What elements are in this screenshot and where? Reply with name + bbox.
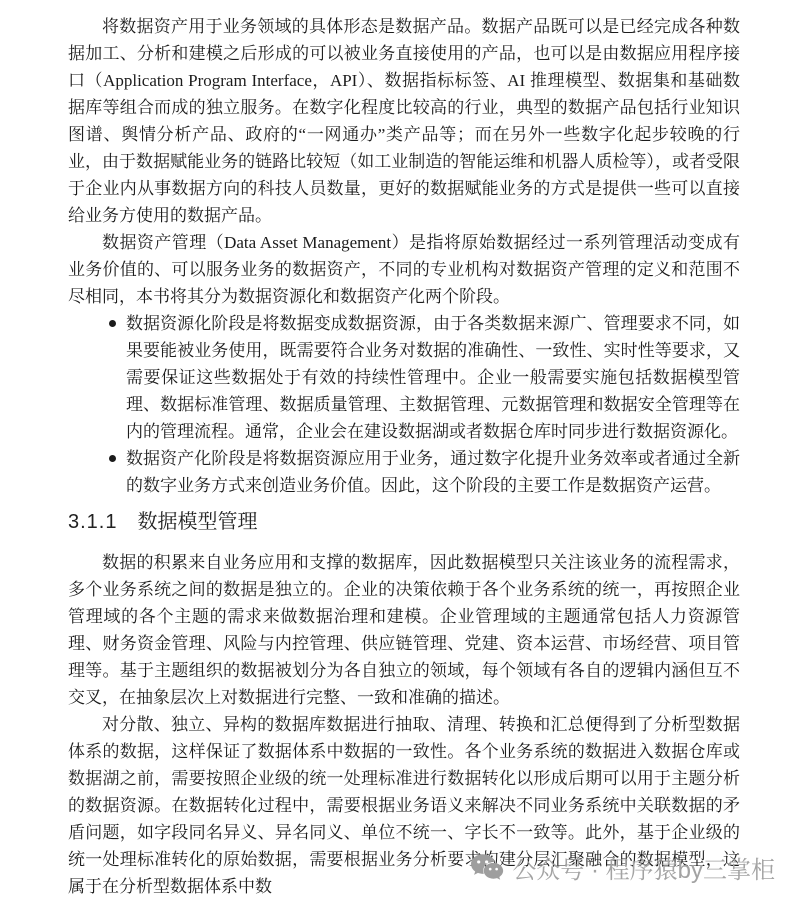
footer-watermark: 公众号 · 程序猿by三掌柜 — [470, 850, 775, 885]
paragraph-data-asset-management: 数据资产管理（Data Asset Management）是指将原始数据经过一系… — [68, 229, 740, 310]
section-number: 3.1.1 — [68, 511, 117, 533]
bullet-list: 数据资源化阶段是将数据变成数据资源，由于各类数据来源广、管理要求不同，如果要能被… — [68, 310, 740, 499]
list-item: 数据资产化阶段是将数据资源应用于业务，通过数字化提升业务效率或者通过全新的数字业… — [126, 445, 740, 499]
paragraph-data-accumulation: 数据的积累来自业务应用和支撑的数据库，因此数据模型只关注该业务的流程需求，多个业… — [68, 549, 740, 711]
section-title: 数据模型管理 — [137, 511, 257, 533]
list-item: 数据资源化阶段是将数据变成数据资源，由于各类数据来源广、管理要求不同，如果要能被… — [126, 310, 740, 445]
wechat-icon — [470, 853, 504, 882]
section-heading: 3.1.1数据模型管理 — [68, 508, 740, 536]
paragraph-data-products: 将数据资产用于业务领域的具体形态是数据产品。数据产品既可以是已经完成各种数据加工… — [68, 13, 740, 229]
footer-text: 公众号 · 程序猿by三掌柜 — [512, 850, 775, 885]
document-page: 将数据资产用于业务领域的具体形态是数据产品。数据产品既可以是已经完成各种数据加工… — [0, 0, 802, 899]
page-content: 将数据资产用于业务领域的具体形态是数据产品。数据产品既可以是已经完成各种数据加工… — [68, 13, 740, 899]
